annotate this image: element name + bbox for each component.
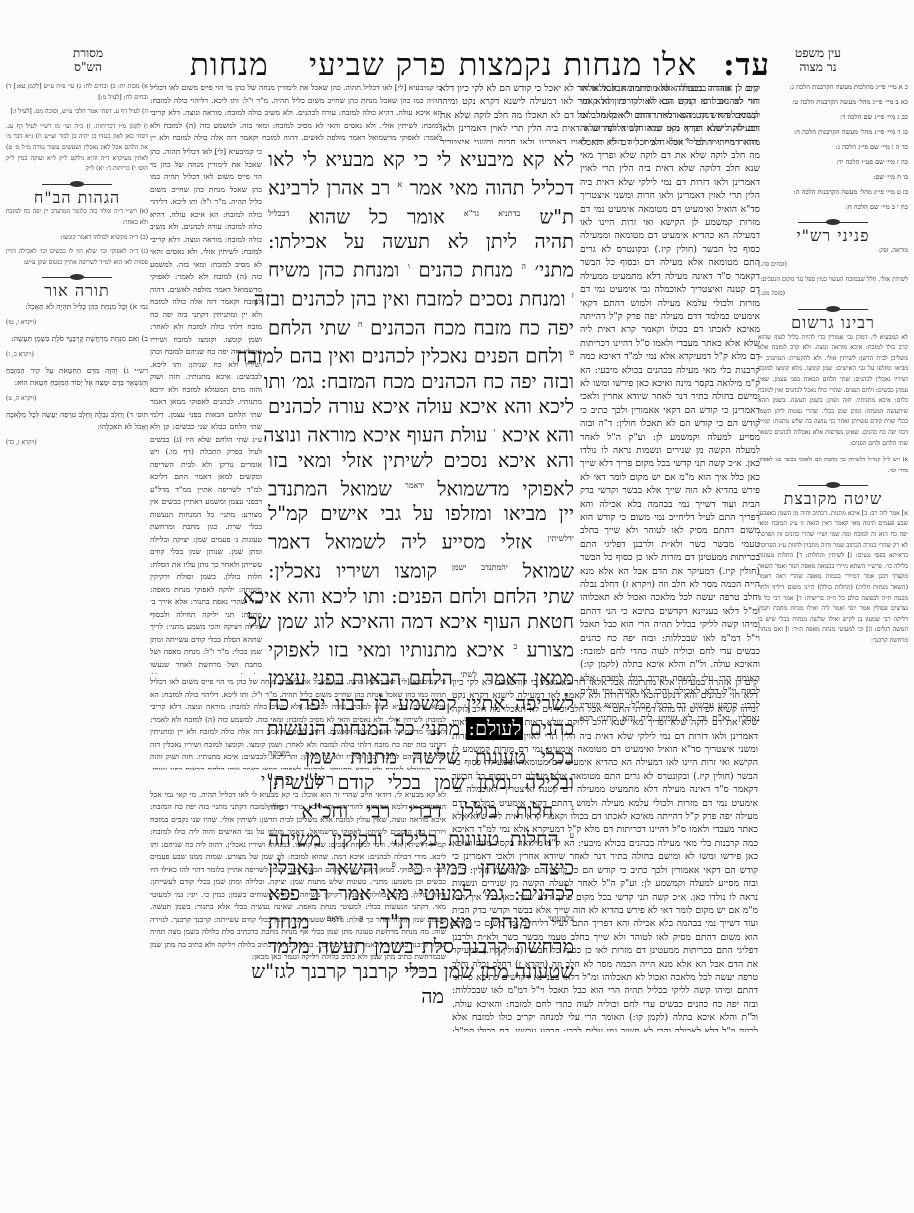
reference-marker: פ — [392, 860, 396, 869]
tosafot-footnote: א) ויש ל״ל קמי״ל דלשיתין כך מחמת הם ולאו… — [758, 455, 908, 476]
gemara-line: והא איכא נסכים לשיתין אזלי ומאי בזו — [268, 448, 574, 473]
gemara-line: והא איכא י עולת העוף איכא מוראה ונוצה — [268, 419, 574, 448]
shita-mekubetzet-heading: שיטה מקובצת — [758, 494, 908, 505]
masoret-entry: א) מכות יח: ב) ובחים לח: ג) עי׳ פ״ח ע״ש … — [6, 82, 148, 103]
reference-marker: ח — [358, 320, 363, 329]
torah-or-verse: תוס׳ ד) וְחֵלֶב נְבֵלָה וְחֵלֶב טְרֵפָה … — [6, 409, 148, 433]
reference-marker: ה — [521, 262, 526, 271]
gemara-line: תהיה ליתן לא תעשה על אכילתו: — [268, 229, 574, 254]
rabbeinu-gershom-text: לא קמבעיא לי. דמהן גבי אמורין כדי להיות … — [758, 333, 908, 450]
reference-marker: נ — [571, 803, 574, 812]
ornament-divider — [798, 306, 868, 312]
reference-marker: ו — [408, 262, 410, 271]
gemara-line: לא קא מיבעיא לי כי קא מבעיא לי לאו — [268, 147, 574, 172]
daf-number: עד: — [723, 47, 770, 83]
reference-marker: ט — [569, 348, 574, 357]
ein-mishpat-title: עין משפט נר מצוה — [778, 46, 858, 74]
torah-or-verse: ב) וְאִם מִנְחַת מַרְחֶשֶׁת קָרְבָּנֶךָ … — [6, 333, 148, 345]
gemara-line: ת"ש בדתניא גר"א אומר כל שהוא דבכליל — [268, 201, 574, 230]
pninei-rashi-ref: (סוכה מט.) — [758, 289, 908, 300]
tractate-name: מנחות — [190, 47, 269, 83]
reference-marker: גר"א — [464, 209, 479, 218]
torah-or-verse: גמ׳ א) וְכָל מִנְחַת כֹּהֵן כָּלִיל תִּה… — [6, 301, 148, 313]
gemara-line: ליכא והא איכא עולה איכא עורה לכהנים — [268, 394, 574, 419]
gemara-line: ע החלות טעונות בלילה ורקיקין משיחה — [268, 823, 574, 852]
gemara-line: מרחשת קרבנך סלת בשמן תעשה מלמד — [268, 934, 574, 959]
gemara-line: כיצד מושחן כמין כי פ והשאר נאבלין — [268, 852, 574, 881]
reference-marker: יהמתנדב — [481, 563, 508, 572]
ein-mishpat-entry: כו ח מיי׳ שם: — [758, 172, 908, 183]
rashi-top-block: כי קמיבעיא [לי] לאו דכליל תהוה. כהן שאכל… — [150, 82, 442, 144]
ornament-divider — [798, 482, 868, 488]
tosafot-text-top: קים לן אזהרה במעילה אלא מתרומה אבל אלאו … — [440, 82, 758, 144]
masoret-entry: ה) לעיל דף ע. דפתי אמר חלבי ע״ש, וסוכה מ… — [6, 107, 148, 118]
reference-marker: מיציקה — [268, 749, 290, 758]
gemara-line: ממאן דאמר לשתי הלחם הבאות בפני עצמן — [268, 662, 574, 691]
tosafot-column: קים לן אזהרה במעילה אלא מתרומה אבל אלאו … — [580, 82, 760, 722]
torah-or-verse: רש״י ג) וְהִזָּה מִדַּם הַחַטָּאת עַל קִ… — [6, 365, 148, 389]
reference-marker: לשתי — [460, 670, 476, 679]
gemara-line: שתי הלחם ולחם הפנים: ותו ליכא והא איכא — [268, 584, 574, 609]
masoret-label: מסורת — [48, 46, 128, 60]
rabbeinu-gershom-heading: רבינו גרשום — [758, 318, 908, 329]
hashas-label: הש"ס — [48, 60, 128, 74]
masoret-hashas-title: מסורת הש"ס — [48, 46, 128, 74]
reference-marker: כ — [514, 642, 518, 651]
reference-marker: ידלשיתין — [548, 534, 574, 543]
tosafot-top-block: קים לן אזהרה במעילה אלא מתרומה אבל אלאו … — [440, 82, 758, 144]
gemara-block: לא קא מיבעיא לי כי קא מבעיא לי לאודכליל … — [268, 147, 574, 1010]
ein-mishpat-entry: כז ט מיי׳ פי״ג מהל׳ מעשה הקרבנות הלכה ה: — [758, 187, 908, 198]
gemara-line: יפה כח מזבח מכח הכהנים ח שתי הלחם — [268, 312, 574, 341]
gemara-line: מצורע כ איכא מתנותיו ומאי בזו לאפוקי — [268, 634, 574, 663]
perek-label: פרק שביעי — [309, 47, 447, 83]
right-margin-column: כ א מיי׳ פי״ג מהלכות מעשה הקרבנות הלכה ג… — [758, 82, 908, 651]
reference-marker: א — [397, 180, 402, 189]
gemara-line: ט ולחם הפנים נאכלין לכהנים ואין בהם למזב… — [268, 340, 574, 369]
reference-marker: ישמן — [452, 563, 467, 572]
reference-marker: ז — [572, 291, 574, 300]
gemara-line: כהנים לעולם: מתני׳ כל המנחות הנעשות — [268, 716, 574, 741]
ein-mishpat-entry: כח י ב מיי׳ שם הלכה ח: — [758, 202, 908, 213]
reference-marker: י — [494, 427, 496, 436]
highlighted-word[interactable]: לעולם: — [466, 717, 523, 740]
shita-mekubetzet-text: א] אמר ליה רב: ב] איכא מתנות. דכתיב והיה… — [758, 509, 908, 647]
masoret-hashas-list: א) מכות יח: ב) ובחים לח: ג) עי׳ פ״ח ע״ש … — [6, 82, 148, 175]
ein-mishpat-label: עין משפט — [778, 46, 858, 60]
reference-marker: בדתניא — [498, 209, 520, 218]
hagahot-entry: (ב) ד״ה מקשיא לכולהו דאמר קומצו: — [6, 233, 148, 244]
reference-marker: ידאמר — [405, 481, 424, 490]
ein-mishpat-entry: כג ד מיי׳ פי״ג מהל׳ מעשה הקרבנות הלכה ח: — [758, 127, 908, 138]
pninei-rashi-ref: (זבחים סה.) — [758, 260, 908, 271]
gemara-line: מה — [268, 984, 574, 1009]
reference-marker: ק — [359, 914, 363, 923]
pninei-rashi-entry: מוראה. זפק: — [758, 246, 908, 257]
gemara-line: לכהנים: גמ׳ למעוטי מאי אמר רב פפא — [268, 881, 574, 906]
pninei-rashi-entry: לשיתין אזלי. חלל שבמזבח העשוי כמין ספל נ… — [758, 275, 908, 286]
torah-or-list: גמ׳ א) וְכָל מִנְחַת כֹּהֵן כָּלִיל תִּה… — [6, 301, 148, 449]
reference-marker: צלמעוטי — [548, 914, 574, 923]
gemara-line: שמואל יהמתנדב ישמן קומצו ושיריו נאכלין: — [268, 555, 574, 584]
ornament-divider — [42, 274, 112, 280]
pninei-rashi-heading: פניני רש"י — [758, 231, 908, 242]
reference-marker: דבכליל — [268, 209, 289, 218]
gemara-line: לאפוקי מדשמואל ידאמר שמואל המתנדב — [268, 473, 574, 502]
hagahot-habach-heading: הגהות הב"ח — [6, 193, 148, 204]
gemara-line: נ חלות בוללן דברי רבי וחכ"א סולת — [268, 795, 574, 824]
gemara-line: מתני׳ ה מנחת כהנים ו ומנחת כהן משיח — [268, 254, 574, 283]
hagahot-entry: (ג) ד״ה לאפוקי וכו׳ שלא היו לו כבשים וכו… — [6, 247, 148, 268]
ornament-divider — [42, 181, 112, 187]
gemara-line: ובלילה ומתן שמן בכלי קודם לעשיתן — [268, 770, 574, 795]
gemara-line: ובזה יפה כח הכהנים מכח המזבח: גמ׳ ותו — [268, 369, 574, 394]
torah-or-heading: תורה אור — [6, 286, 148, 297]
reference-marker: ע — [569, 831, 574, 840]
torah-or-ref: (ויקרא ו, טז) — [6, 317, 148, 329]
torah-or-ref: (ויקרא ה, ט) — [6, 393, 148, 405]
gemara-line: ידלשיתין אזלי מסייע ליה לשמואל דאמר — [268, 526, 574, 555]
ein-mishpat-entry: כא ב מיי׳ פי״ג מהל׳ מעשה הקרבנות הלכה ט: — [758, 97, 908, 108]
ein-mishpat-entry: כד ה ו מיי׳ שם פי״ג הלכה ג: — [758, 142, 908, 153]
gemara-line: חטאת העוף איכא דמה והאיכא לוג שמן של — [268, 609, 574, 634]
gemara-line: לשריפה אתיין קמשמע לן דבזו יפה כח — [268, 691, 574, 716]
reference-marker: סולת — [268, 803, 283, 812]
gemara-line: יין מביאו ומזלפו על גבי אישים קמ"ל — [268, 501, 574, 526]
left-margin-column: א) מכות יח: ב) ובחים לח: ג) עי׳ פ״ח ע״ש … — [6, 82, 148, 453]
gemara-line: צלמעוטי מנחת מאפה ת"ד ק רואם מנחת — [268, 906, 574, 935]
torah-or-ref: (ויקרא ז, כד) — [6, 437, 148, 449]
gemara-line: בכלי טעונות שלשה מתנות שמן מיציקה — [268, 741, 574, 770]
tosafot-text: קים לן אזהרה במעילה אלא מתרומה אבל אלאו … — [580, 82, 760, 722]
hagahot-entry: (א) רש״י ד״ה ומלוי כוה כלומר המתנדב יין … — [6, 207, 148, 228]
masoret-entry: ו) לקמן מ״ו דכריחות. ז) כ״ה ועי׳ מו רש״י… — [6, 122, 148, 175]
gemara-line: שטעונה מתן שמן בכלי קרבנך קרבנך לגז"ש — [268, 959, 574, 984]
gemara-line: דכליל תהוה מאי אמר א רב אהרן לרבינא — [268, 172, 574, 201]
ein-mishpat-entry: כב ג מיי׳ פי״ג שם הלכה ד: — [758, 112, 908, 123]
ner-mitzvah-label: נר מצוה — [778, 60, 858, 74]
ornament-divider — [798, 219, 868, 225]
ein-mishpat-list: כ א מיי׳ פי״ג מהלכות מעשה הקרבנות הלכה ג… — [758, 82, 908, 213]
rashi-text-top: כי קמיבעיא [לי] לאו דכליל תהוה. כהן שאכל… — [150, 82, 442, 144]
chapter-title: אלו מנחות נקמצות — [459, 47, 698, 83]
reference-marker: רואם — [326, 914, 342, 923]
ein-mishpat-entry: כה ז מיי׳ שם פט״ו הלכה יד: — [758, 157, 908, 168]
torah-or-ref: (ויקרא ב, ז) — [6, 349, 148, 361]
ein-mishpat-entry: כ א מיי׳ פי״ג מהלכות מעשה הקרבנות הלכה ג… — [758, 82, 908, 93]
gemara-line: ז ומנחת נסכים למזבח ואין בהן לכהנים ובזה — [268, 283, 574, 312]
